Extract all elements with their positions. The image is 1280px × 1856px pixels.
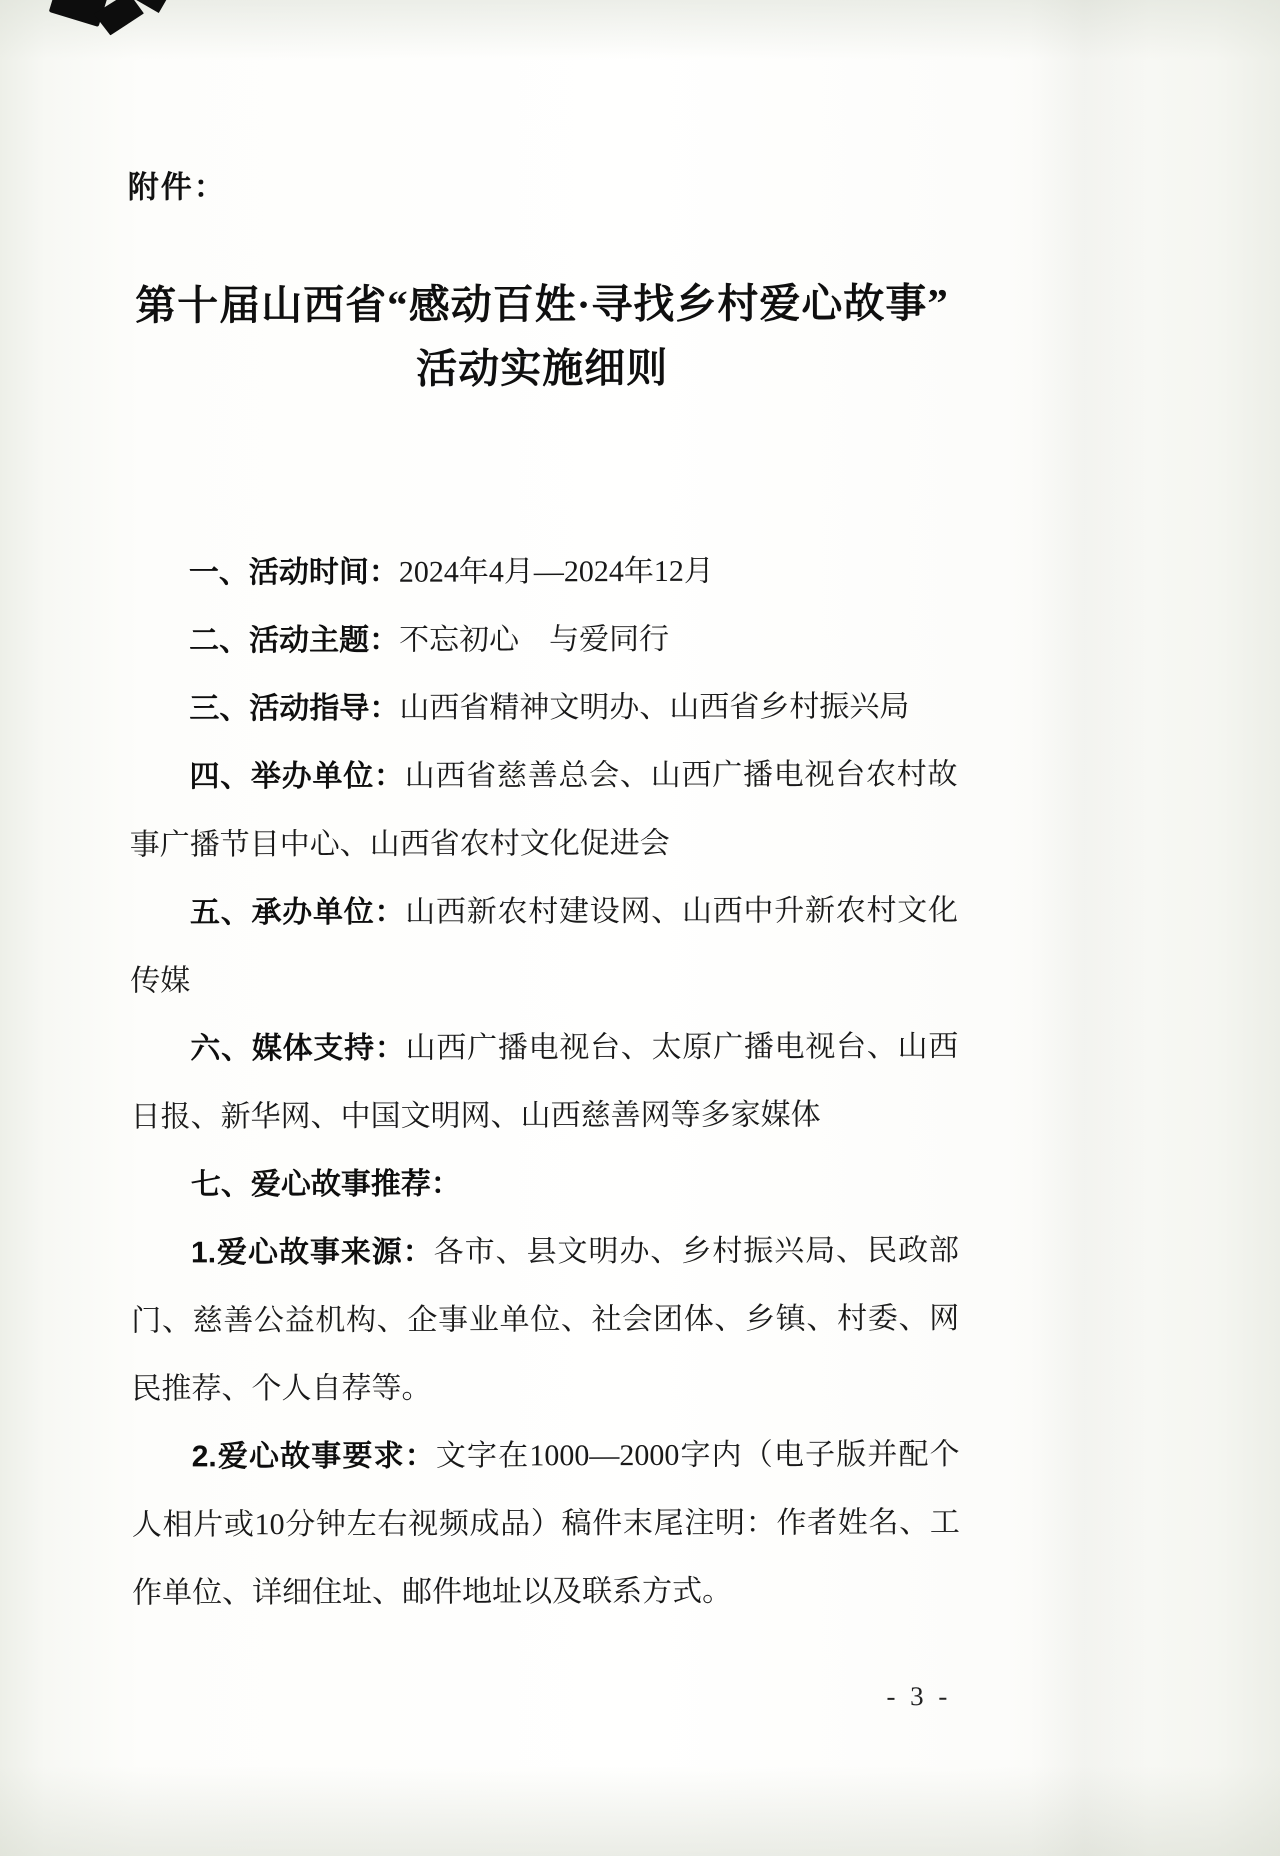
paragraph-undertaker: 五、承办单位：山西新农村建设网、山西中升新农村文化传媒: [130, 877, 958, 1016]
document-title-line2: 活动实施细则: [116, 335, 968, 402]
paragraph-label: 六、媒体支持：: [190, 1032, 405, 1066]
paragraph-activity-theme: 二、活动主题：不忘初心 与爱同行: [129, 605, 957, 676]
paragraph-story-source: 1.爱心故事来源：各市、县文明办、乡村振兴局、民政部门、慈善公益机构、企事业单位…: [131, 1217, 960, 1424]
paragraph-text: 2024年4月—2024年12月: [399, 555, 714, 589]
attachment-label: 附件：: [128, 161, 227, 206]
document-body: 一、活动时间：2024年4月—2024年12月 二、活动主题：不忘初心 与爱同行…: [129, 537, 960, 1628]
paragraph-label: 一、活动时间：: [189, 556, 399, 590]
paragraph-story-requirements: 2.爱心故事要求：文字在1000—2000字内（电子版并配个人相片或10分钟左右…: [132, 1421, 961, 1628]
page-number: - 3 -: [886, 1681, 951, 1712]
paragraph-label: 四、举办单位：: [189, 760, 404, 794]
paragraph-activity-time: 一、活动时间：2024年4月—2024年12月: [129, 537, 957, 608]
paragraph-label: 1.爱心故事来源：: [191, 1236, 434, 1270]
paragraph-activity-guidance: 三、活动指导：山西省精神文明办、山西省乡村振兴局: [129, 673, 957, 744]
document-title: 第十届山西省“感动百姓·寻找乡村爱心故事” 活动实施细则: [116, 271, 968, 402]
paragraph-media-support: 六、媒体支持：山西广播电视台、太原广播电视台、山西日报、新华网、中国文明网、山西…: [130, 1013, 958, 1152]
paragraph-text: 不忘初心 与爱同行: [399, 623, 669, 657]
paragraph-organizer: 四、举办单位：山西省慈善总会、山西广播电视台农村故事广播节目中心、山西省农村文化…: [129, 741, 957, 880]
paragraph-label: 五、承办单位：: [190, 896, 405, 930]
paragraph-label: 2.爱心故事要求：: [192, 1440, 436, 1474]
paragraph-label: 三、活动指导：: [189, 692, 399, 726]
paragraph-label: 二、活动主题：: [189, 624, 399, 658]
paragraph-story-recommendation: 七、爱心故事推荐：: [131, 1149, 959, 1220]
paragraph-text: 山西省精神文明办、山西省乡村振兴局: [399, 690, 909, 725]
scanned-document-page: 附件： 第十届山西省“感动百姓·寻找乡村爱心故事” 活动实施细则 一、活动时间：…: [0, 0, 1280, 1856]
document-title-line1: 第十届山西省“感动百姓·寻找乡村爱心故事”: [116, 271, 968, 338]
paragraph-label: 七、爱心故事推荐：: [191, 1168, 461, 1202]
document-content: 附件： 第十届山西省“感动百姓·寻找乡村爱心故事” 活动实施细则 一、活动时间：…: [0, 0, 1280, 1856]
